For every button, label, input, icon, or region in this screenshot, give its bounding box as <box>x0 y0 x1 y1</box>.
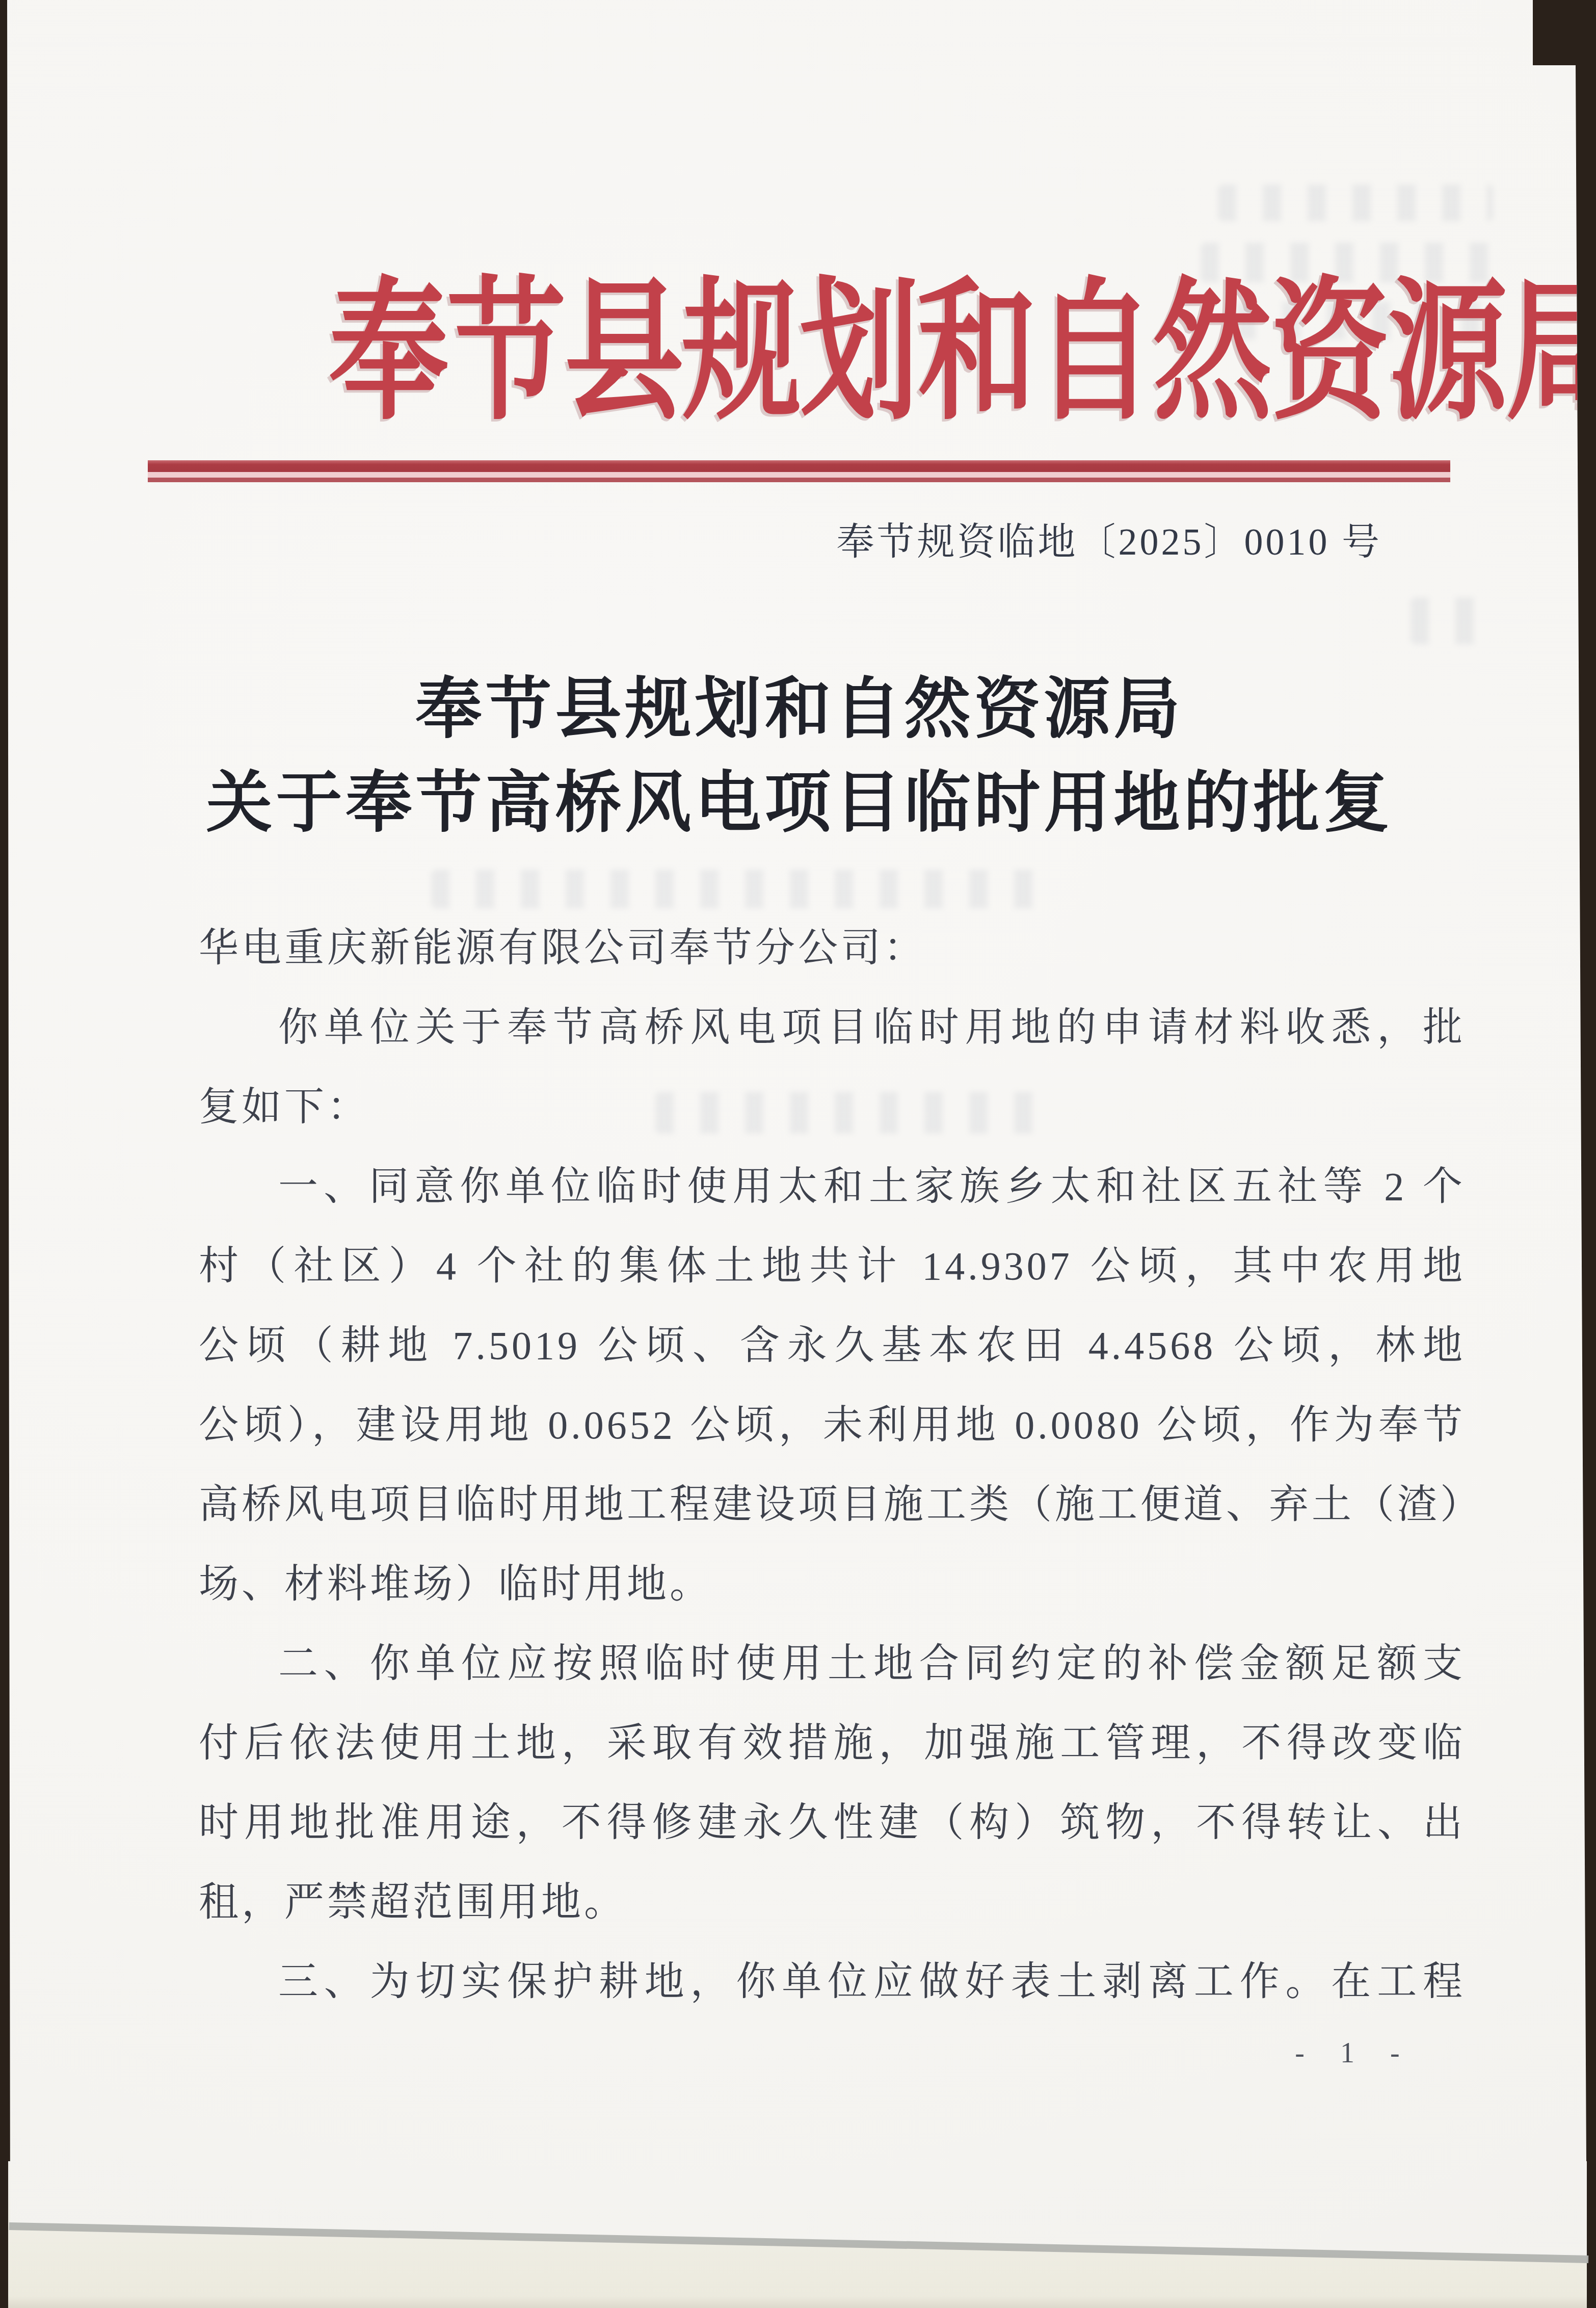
ink-bleed-smudge <box>1218 185 1493 221</box>
separator-rule-gap <box>148 472 1450 478</box>
letterhead-agency-name-text: 奉节县规划和自然资源局 <box>329 269 1596 437</box>
body-line: 复如下： <box>199 1067 1466 1147</box>
scanned-document-photo: 奉节县规划和自然资源局 奉节规资临地〔2025〕0010 号 奉节县规划和自然资… <box>0 0 1596 2308</box>
body-line: 一、同意你单位临时使用太和土家族乡太和社区五社等 2 个 <box>199 1147 1466 1226</box>
body-line: 高桥风电项目临时用地工程建设项目施工类（施工便道、弃土（渣） <box>199 1465 1466 1544</box>
body-line: 二、你单位应按照临时使用土地合同约定的补偿金额足额支 <box>199 1624 1466 1703</box>
ink-bleed-smudge <box>431 870 1048 908</box>
separator-rule-thin <box>148 478 1450 482</box>
document-reference-number: 奉节规资临地〔2025〕0010 号 <box>837 512 1382 566</box>
body-line: 付后依法使用土地，采取有效措施，加强施工管理，不得改变临 <box>199 1703 1466 1783</box>
separator-rule-thick <box>148 460 1450 472</box>
body-line: 场、材料堆场）临时用地。 <box>199 1544 1466 1624</box>
letterhead-agency-name: 奉节县规划和自然资源局 <box>147 269 1452 437</box>
letterhead-separator-rule <box>148 460 1450 482</box>
ink-bleed-smudge <box>1411 597 1493 644</box>
body-line: 租，严禁超范围用地。 <box>199 1863 1466 1942</box>
document-page: 奉节县规划和自然资源局 奉节规资临地〔2025〕0010 号 奉节县规划和自然资… <box>0 0 1596 2308</box>
body-line: 村（社区）4 个社的集体土地共计 14.9307 公顷，其中农用地 14.857… <box>199 1226 1466 1306</box>
body-line: 三、为切实保护耕地，你单位应做好表土剥离工作。在工程 <box>199 1942 1466 2022</box>
document-title-line1: 奉节县规划和自然资源局 <box>147 655 1452 751</box>
document-body: 华电重庆新能源有限公司奉节分公司： 你单位关于奉节高桥风电项目临时用地的申请材料… <box>199 908 1466 2022</box>
body-line: 你单位关于奉节高桥风电项目临时用地的申请材料收悉，批 <box>199 988 1466 1067</box>
body-line: 公顷），建设用地 0.0652 公顷，未利用地 0.0080 公顷，作为奉节 <box>199 1385 1466 1465</box>
body-line: 公顷（耕地 7.5019 公顷、含永久基本农田 4.4568 公顷，林地 5.6… <box>199 1306 1466 1385</box>
body-line: 时用地批准用途，不得修建永久性建（构）筑物，不得转让、出 <box>199 1783 1466 1863</box>
page-number: - 1 - <box>1288 2037 1421 2069</box>
body-line: 华电重庆新能源有限公司奉节分公司： <box>199 908 1466 988</box>
document-title-line2: 关于奉节高桥风电项目临时用地的批复 <box>147 749 1452 845</box>
